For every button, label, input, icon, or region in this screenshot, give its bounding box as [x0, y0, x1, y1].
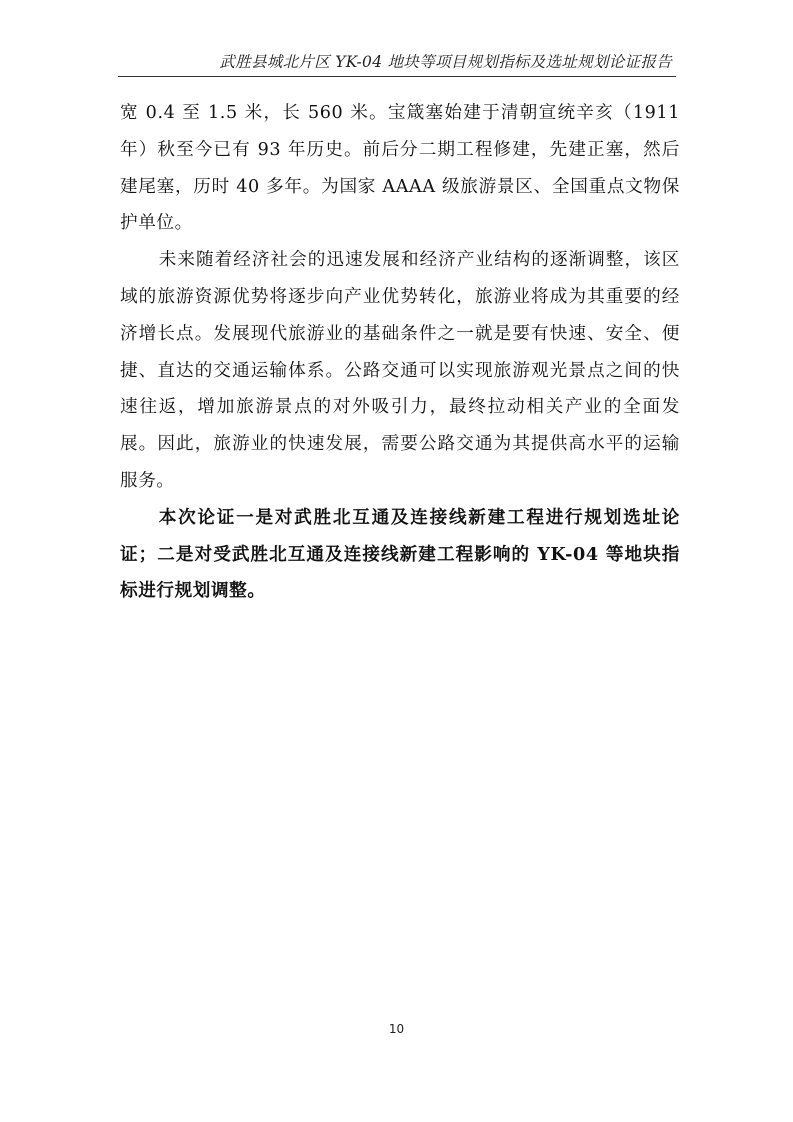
paragraph-study-scope: 本次论证一是对武胜北互通及连接线新建工程进行规划选址论证；二是对受武胜北互通及连… [120, 500, 680, 610]
header-title: 武胜县城北片区 YK-04 地块等项目规划指标及选址规划论证报告 [219, 50, 672, 72]
paragraph-continued-history: 宽 0.4 至 1.5 米，长 560 米。宝箴塞始建于清朝宣统辛亥（1911 … [120, 95, 680, 242]
paragraph-tourism-development: 未来随着经济社会的迅速发展和经济产业结构的逐渐调整，该区域的旅游资源优势将逐步向… [120, 242, 680, 500]
running-header: 武胜县城北片区 YK-04 地块等项目规划指标及选址规划论证报告 [118, 50, 676, 77]
document-body: 宽 0.4 至 1.5 米，长 560 米。宝箴塞始建于清朝宣统辛亥（1911 … [120, 95, 680, 610]
page-number: 10 [0, 1022, 793, 1036]
